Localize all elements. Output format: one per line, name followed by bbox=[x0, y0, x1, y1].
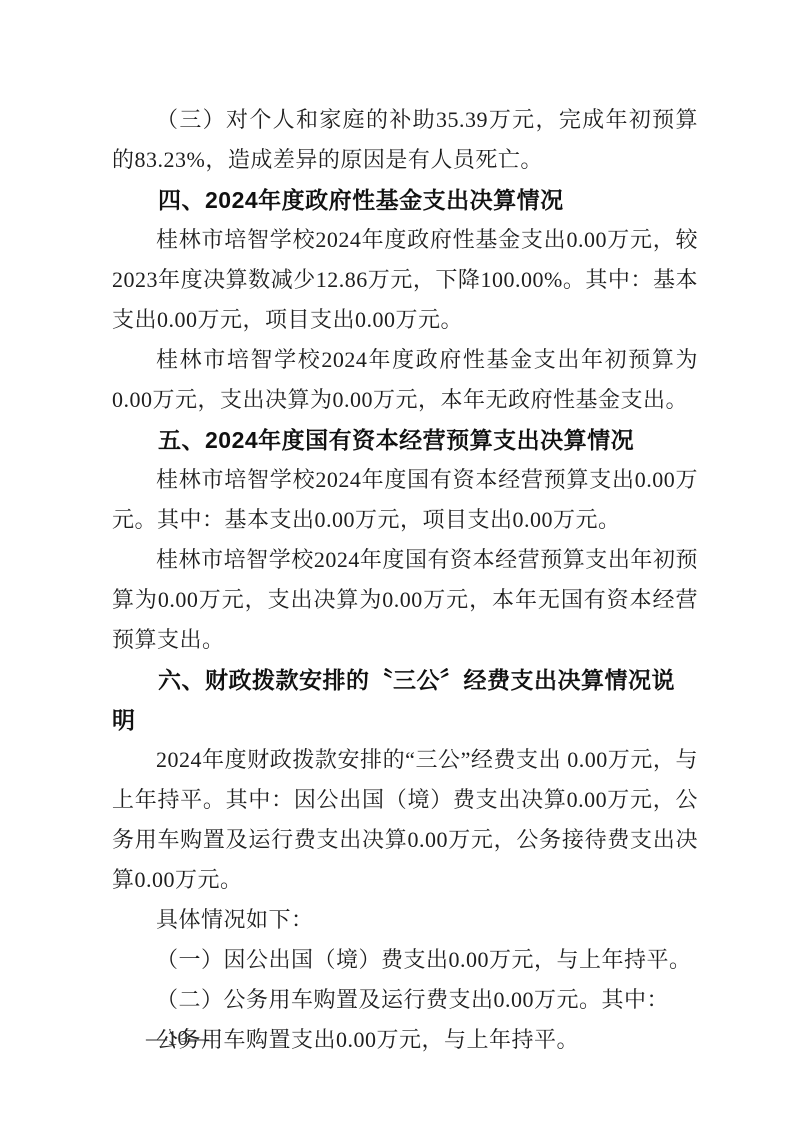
paragraph: 2024年度财政拨款安排的“三公”经费支出 0.00万元，与上年持平。其中：因公… bbox=[112, 740, 698, 900]
paragraph: （一）因公出国（境）费支出0.00万元，与上年持平。 bbox=[112, 940, 698, 980]
paragraph: 具体情况如下： bbox=[112, 900, 698, 940]
paragraph: 桂林市培智学校2024年度政府性基金支出0.00万元，较2023年度决算数减少1… bbox=[112, 220, 698, 340]
page-number: —10— bbox=[146, 1024, 209, 1052]
paragraph: 桂林市培智学校2024年度政府性基金支出年初预算为0.00万元，支出决算为0.0… bbox=[112, 340, 698, 420]
section-heading: 五、2024年度国有资本经营预算支出决算情况 bbox=[112, 420, 698, 460]
paragraph: 桂林市培智学校2024年度国有资本经营预算支出0.00万元。其中：基本支出0.0… bbox=[112, 460, 698, 540]
document-page: （三）对个人和家庭的补助35.39万元，完成年初预算的83.23%，造成差异的原… bbox=[0, 0, 800, 1131]
section-heading: 四、2024年度政府性基金支出决算情况 bbox=[112, 180, 698, 220]
paragraph: （二）公务用车购置及运行费支出0.00万元。其中： bbox=[112, 980, 698, 1020]
document-body: （三）对个人和家庭的补助35.39万元，完成年初预算的83.23%，造成差异的原… bbox=[112, 100, 698, 1060]
section-heading: 六、财政拨款安排的〝三公〞经费支出决算情况说明 bbox=[112, 660, 698, 740]
paragraph: （三）对个人和家庭的补助35.39万元，完成年初预算的83.23%，造成差异的原… bbox=[112, 100, 698, 180]
paragraph: 桂林市培智学校2024年度国有资本经营预算支出年初预算为0.00万元，支出决算为… bbox=[112, 540, 698, 660]
